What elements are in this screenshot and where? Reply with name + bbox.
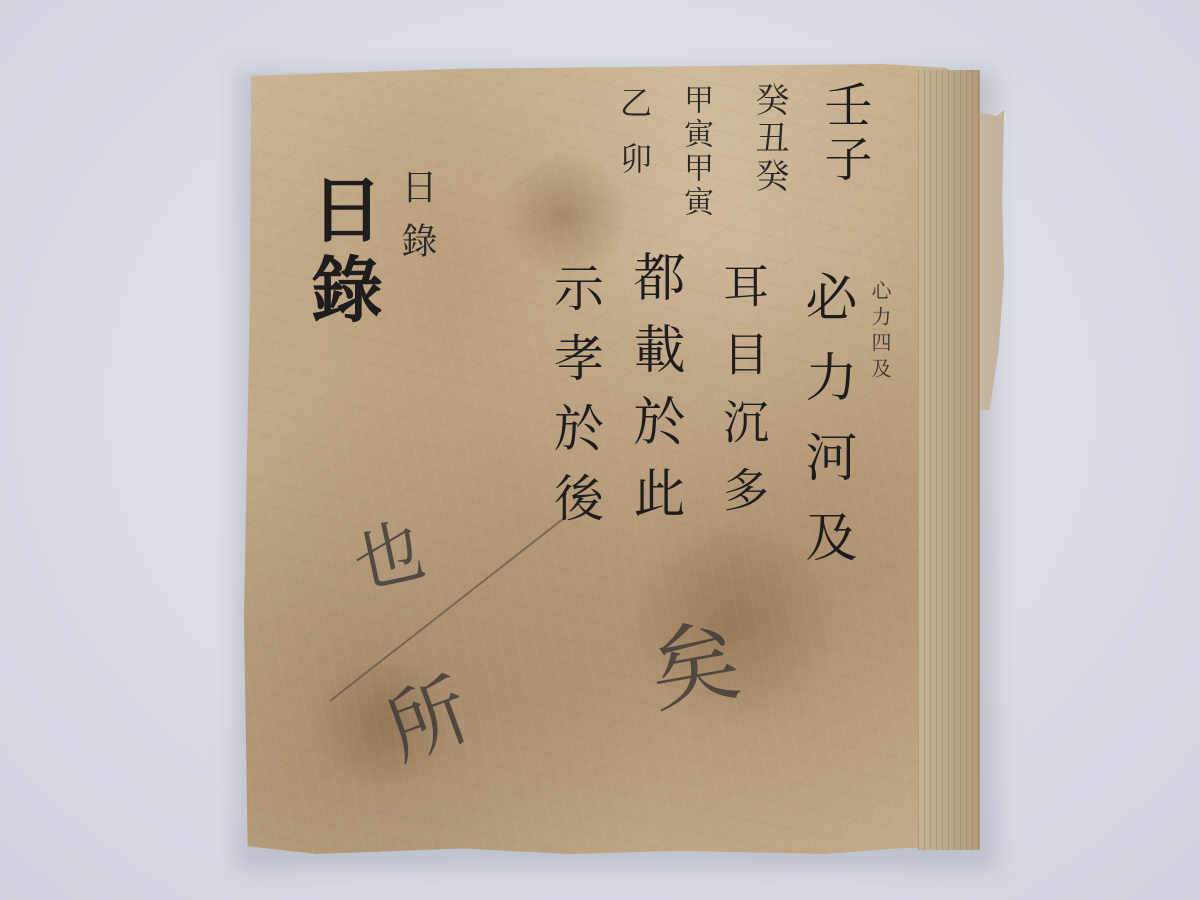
- faded-mark-1: 也: [341, 513, 424, 596]
- stain: [494, 154, 634, 274]
- column-1: 壬子: [820, 80, 868, 188]
- column-6: 必力河及: [800, 270, 852, 590]
- column-4: 乙卯: [618, 86, 650, 198]
- column-8: 都載於此: [628, 250, 680, 538]
- column-2: 癸丑癸: [752, 82, 786, 196]
- column-9: 示孝於後: [550, 262, 600, 542]
- binding-edge: [918, 70, 980, 850]
- cover-title-small: 日錄: [398, 168, 434, 276]
- column-3: 甲寅甲寅: [680, 84, 710, 220]
- cover-title-large: 日錄: [305, 172, 377, 332]
- faded-mark-3: 矣: [633, 613, 737, 717]
- column-5: 心力四及: [870, 280, 890, 384]
- column-7: 耳目沉多: [720, 262, 766, 534]
